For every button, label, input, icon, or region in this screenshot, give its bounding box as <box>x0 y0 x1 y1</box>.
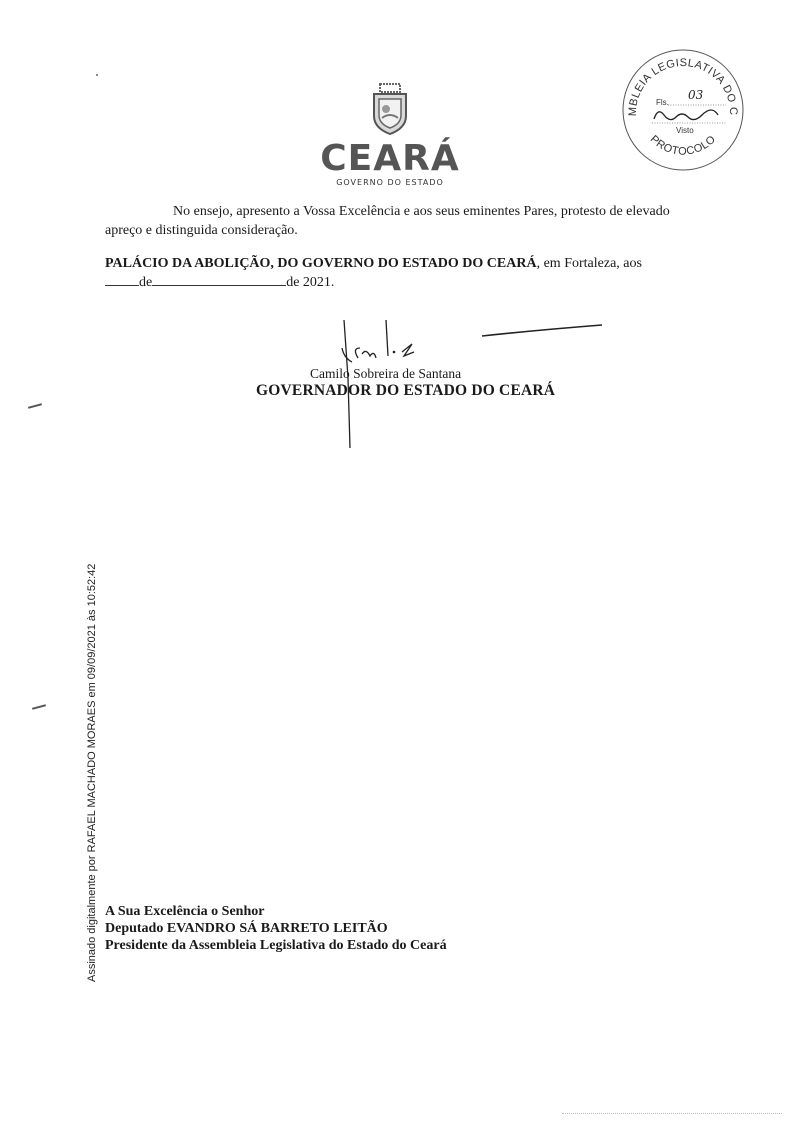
recipient-name: Deputado EVANDRO SÁ BARRETO LEITÃO <box>105 920 447 937</box>
date-year: de 2021. <box>286 275 334 290</box>
place-text: , em Fortaleza, aos <box>537 256 642 271</box>
day-blank <box>105 273 139 286</box>
margin-mark <box>32 704 46 710</box>
svg-text:ASSEMBLEIA LEGISLATIVA DO CEAR: ASSEMBLEIA LEGISLATIVA DO CEARÁ <box>618 45 739 116</box>
scan-speck <box>96 74 98 76</box>
stamp-initials-scribble <box>654 110 718 120</box>
signer-name: Camilo Sobreira de Santana <box>310 366 461 382</box>
closing-paragraph: No ensejo, apresento a Vossa Excelência … <box>105 202 705 240</box>
place-date-paragraph: PALÁCIO DA ABOLIÇÃO, DO GOVERNO DO ESTAD… <box>105 254 705 292</box>
signer-title: GOVERNADOR DO ESTADO DO CEARÁ <box>256 382 555 400</box>
stamp-fls-value: 03 <box>688 88 704 102</box>
month-blank <box>152 273 286 286</box>
protocol-stamp: ASSEMBLEIA LEGISLATIVA DO CEARÁ PROTOCOL… <box>618 45 748 175</box>
stamp-top-text: ASSEMBLEIA LEGISLATIVA DO CEARÁ <box>618 45 739 116</box>
government-logo: CEARÁ GOVERNO DO ESTADO <box>320 82 460 187</box>
recipient-position: Presidente da Assembleia Legislativa do … <box>105 937 447 954</box>
logo-wordmark: CEARÁ <box>320 142 460 176</box>
scan-artifact <box>562 1112 782 1114</box>
digital-signature-note: Assinado digitalmente por RAFAEL MACHADO… <box>86 564 98 982</box>
ceara-coat-of-arms-icon <box>368 82 412 136</box>
date-de: de <box>139 275 152 290</box>
logo-subtitle: GOVERNO DO ESTADO <box>320 178 460 187</box>
palace-name: PALÁCIO DA ABOLIÇÃO, DO GOVERNO DO ESTAD… <box>105 256 537 271</box>
recipient-salutation: A Sua Excelência o Senhor <box>105 903 447 920</box>
svg-text:PROTOCOLO: PROTOCOLO <box>648 133 719 157</box>
signature-flourish <box>478 320 608 340</box>
stamp-fls-label: Fls. <box>656 98 669 107</box>
stamp-visto-label: Visto <box>676 126 694 135</box>
recipient-block: A Sua Excelência o Senhor Deputado EVAND… <box>105 903 447 954</box>
stamp-bottom-text: PROTOCOLO <box>648 133 719 157</box>
margin-mark <box>28 403 42 409</box>
